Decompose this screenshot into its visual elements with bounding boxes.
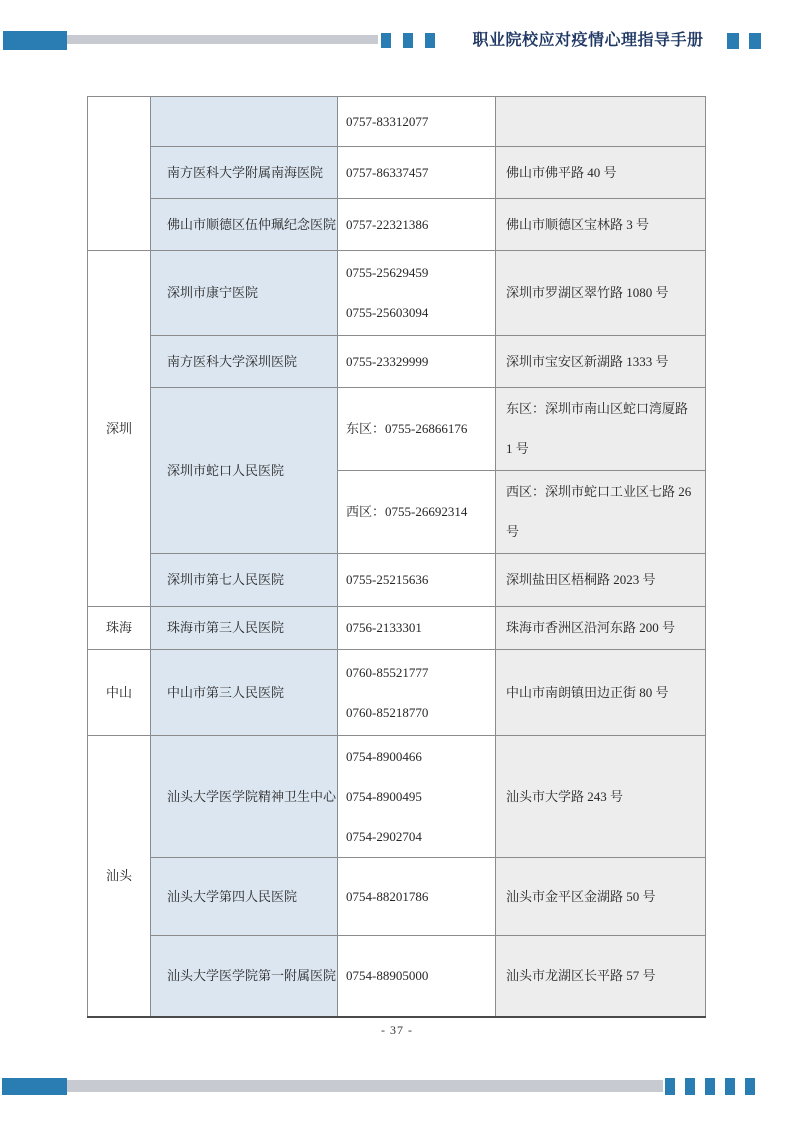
city-cell: 珠海: [88, 607, 151, 650]
header-rule-bar: [67, 35, 378, 44]
footer-accent-square: [725, 1078, 735, 1095]
footer-rule-bar: [67, 1080, 663, 1092]
document-title: 职业院校应对疫情心理指导手册: [470, 30, 706, 52]
address-cell: 深圳盐田区梧桐路 2023 号: [496, 554, 706, 607]
table-row: 汕头大学第四人民医院 0754-88201786 汕头市金平区金湖路 50 号: [88, 858, 706, 936]
footer-accent-square: [705, 1078, 715, 1095]
footer-accent-square: [665, 1078, 675, 1095]
city-cell: 汕头: [88, 736, 151, 1017]
hospital-name-cell: 南方医科大学附属南海医院: [151, 147, 338, 199]
footer-accent-square: [685, 1078, 695, 1095]
city-cell: [88, 97, 151, 251]
header-accent-block: [3, 31, 67, 50]
table-row: 中山 中山市第三人民医院 0760-85521777 0760-85218770…: [88, 650, 706, 736]
header-accent-square: [727, 33, 739, 49]
table-row: 珠海 珠海市第三人民医院 0756-2133301 珠海市香洲区沿河东路 200…: [88, 607, 706, 650]
hospital-name-cell: 佛山市顺德区伍仲珮纪念医院: [151, 199, 338, 251]
hospital-name-cell: 深圳市康宁医院: [151, 251, 338, 336]
hospital-name-cell: 中山市第三人民医院: [151, 650, 338, 736]
address-cell: 汕头市龙湖区长平路 57 号: [496, 936, 706, 1017]
phone-cell: 0755-25215636: [338, 554, 496, 607]
address-cell: 深圳市宝安区新湖路 1333 号: [496, 336, 706, 388]
address-cell: 汕头市大学路 243 号: [496, 736, 706, 858]
address-cell: 佛山市佛平路 40 号: [496, 147, 706, 199]
phone-cell: 0755-25629459 0755-25603094: [338, 251, 496, 336]
phone-cell: 0755-23329999: [338, 336, 496, 388]
page-number: - 37 -: [0, 1023, 794, 1041]
phone-cell: 东区：0755-26866176: [338, 388, 496, 471]
address-cell: 深圳市罗湖区翠竹路 1080 号: [496, 251, 706, 336]
footer-accent-square: [745, 1078, 755, 1095]
city-cell: 深圳: [88, 251, 151, 607]
table-row: 0757-83312077: [88, 97, 706, 147]
header-accent-square: [381, 33, 391, 48]
address-cell: 汕头市金平区金湖路 50 号: [496, 858, 706, 936]
address-cell: 西区：深圳市蛇口工业区七路 26 号: [496, 471, 706, 554]
table-row: 汕头大学医学院第一附属医院 0754-88905000 汕头市龙湖区长平路 57…: [88, 936, 706, 1017]
phone-cell: 0754-88201786: [338, 858, 496, 936]
address-cell: [496, 97, 706, 147]
hospital-name-cell: [151, 97, 338, 147]
phone-cell: 0757-86337457: [338, 147, 496, 199]
table-row: 南方医科大学深圳医院 0755-23329999 深圳市宝安区新湖路 1333 …: [88, 336, 706, 388]
table-row: 深圳市蛇口人民医院 东区：0755-26866176 东区：深圳市南山区蛇口湾厦…: [88, 388, 706, 471]
table-row: 南方医科大学附属南海医院 0757-86337457 佛山市佛平路 40 号: [88, 147, 706, 199]
address-cell: 东区：深圳市南山区蛇口湾厦路 1 号: [496, 388, 706, 471]
table-row: 汕头 汕头大学医学院精神卫生中心 0754-8900466 0754-89004…: [88, 736, 706, 858]
header-accent-square: [403, 33, 413, 48]
address-cell: 中山市南朗镇田边正街 80 号: [496, 650, 706, 736]
hospital-name-cell: 深圳市第七人民医院: [151, 554, 338, 607]
phone-cell: 0756-2133301: [338, 607, 496, 650]
phone-cell: 0757-22321386: [338, 199, 496, 251]
phone-cell: 西区：0755-26692314: [338, 471, 496, 554]
hospital-name-cell: 汕头大学医学院第一附属医院: [151, 936, 338, 1017]
table-row: 深圳 深圳市康宁医院 0755-25629459 0755-25603094 深…: [88, 251, 706, 336]
phone-cell: 0757-83312077: [338, 97, 496, 147]
table-row: 佛山市顺德区伍仲珮纪念医院 0757-22321386 佛山市顺德区宝林路 3 …: [88, 199, 706, 251]
phone-cell: 0754-8900466 0754-8900495 0754-2902704: [338, 736, 496, 858]
phone-cell: 0760-85521777 0760-85218770: [338, 650, 496, 736]
address-cell: 佛山市顺德区宝林路 3 号: [496, 199, 706, 251]
hospital-name-cell: 汕头大学医学院精神卫生中心: [151, 736, 338, 858]
header-accent-square: [749, 33, 761, 49]
hospital-name-cell: 珠海市第三人民医院: [151, 607, 338, 650]
city-cell: 中山: [88, 650, 151, 736]
address-cell: 珠海市香洲区沿河东路 200 号: [496, 607, 706, 650]
header-accent-square: [425, 33, 435, 48]
table-row: 深圳市第七人民医院 0755-25215636 深圳盐田区梧桐路 2023 号: [88, 554, 706, 607]
hospital-name-cell: 南方医科大学深圳医院: [151, 336, 338, 388]
footer-accent-block: [2, 1078, 67, 1095]
hospital-contact-table: 0757-83312077 南方医科大学附属南海医院 0757-86337457…: [87, 96, 706, 1018]
hospital-name-cell: 汕头大学第四人民医院: [151, 858, 338, 936]
hospital-name-cell: 深圳市蛇口人民医院: [151, 388, 338, 554]
phone-cell: 0754-88905000: [338, 936, 496, 1017]
